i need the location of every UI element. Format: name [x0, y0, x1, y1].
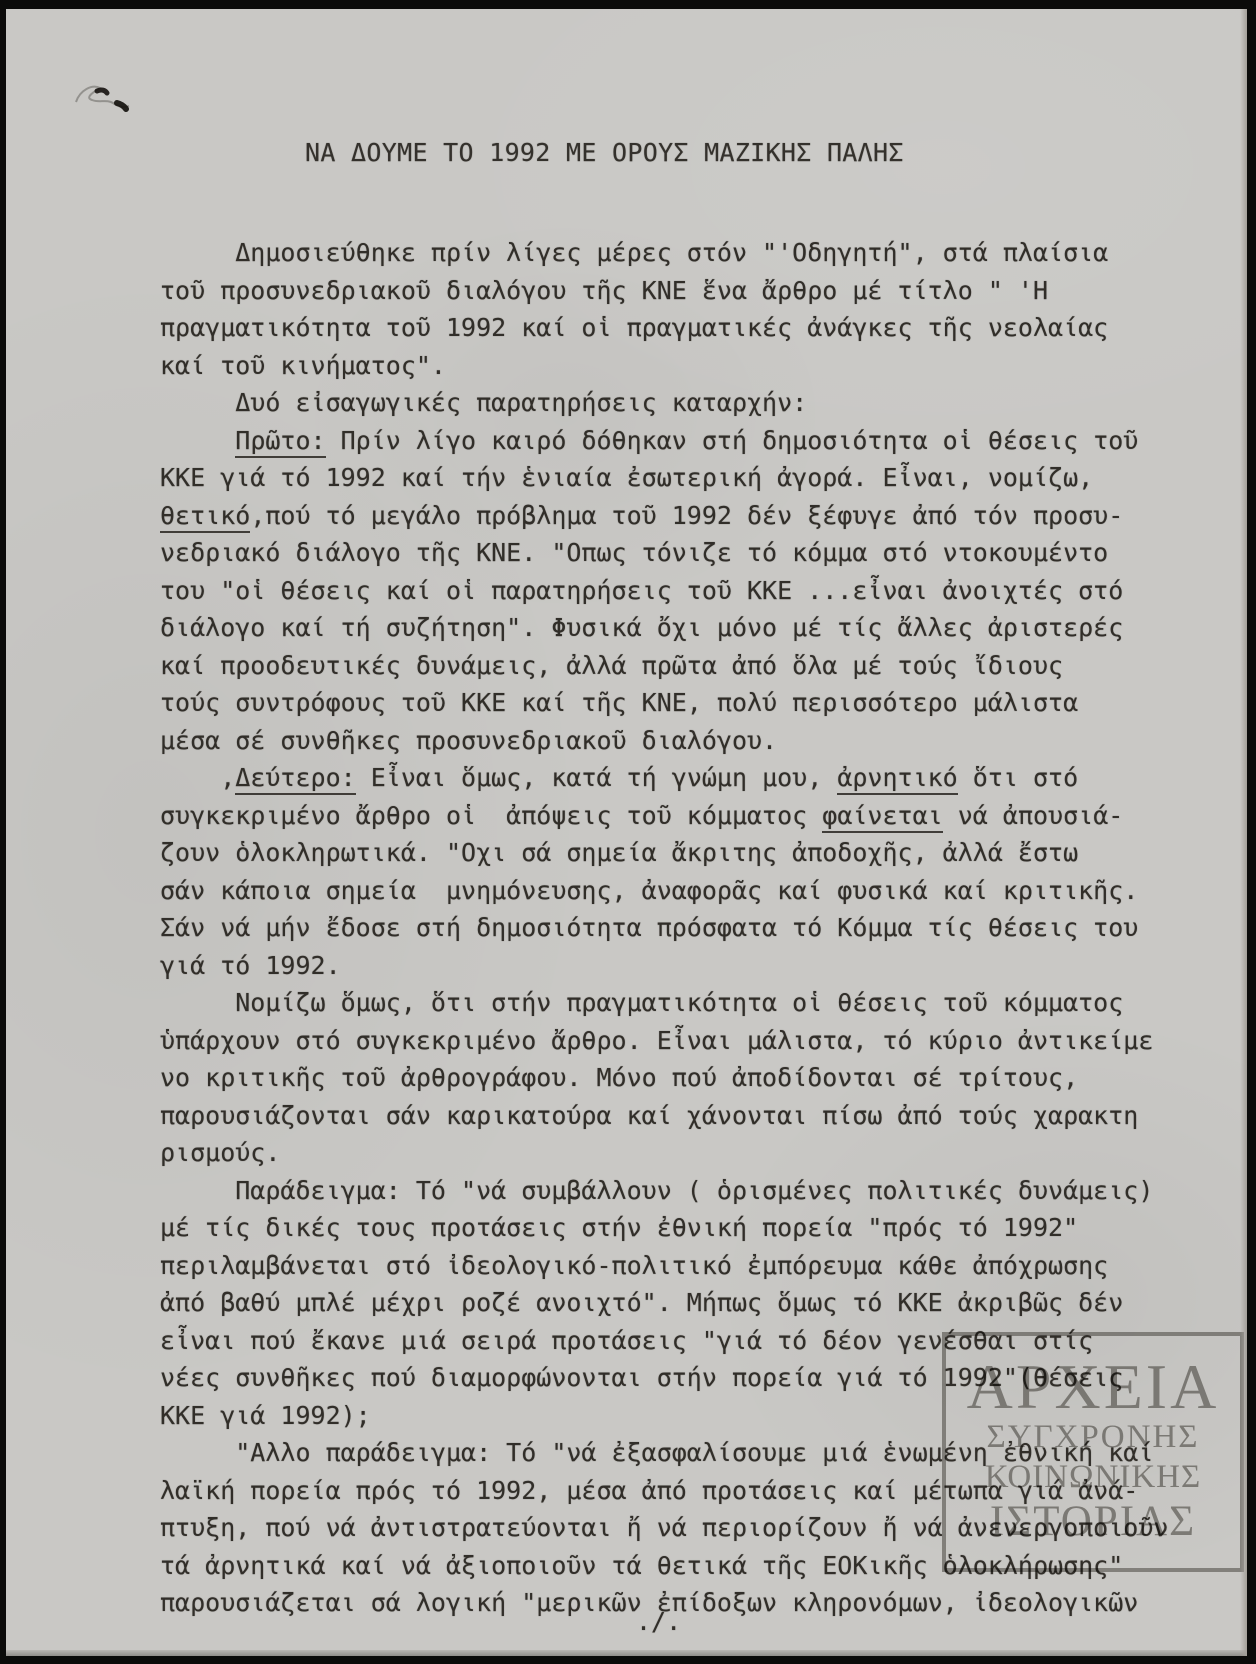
text-line: παρουσιάζονται σάν καρικατούρα καί χάνον…	[160, 1097, 1168, 1135]
text-line: νεδριακό διάλογο τῆς ΚΝΕ. "Οπως τόνιζε τ…	[160, 534, 1168, 572]
text-line: τά ἀρνητικά καί νά ἀξιοποιοῦν τά θετικά …	[160, 1547, 1168, 1585]
scan-shadow-right	[1240, 0, 1247, 1664]
text-line: Δημοσιεύθηκε πρίν λίγες μέρες στόν "'Οδη…	[160, 234, 1168, 272]
scan-edge-left	[0, 0, 6, 1664]
text-line: μέ τίς δικές τους προτάσεις στήν ἐθνική …	[160, 1209, 1168, 1247]
text-line: τούς συντρόφους τοῦ ΚΚΕ καί τῆς ΚΝΕ, πολ…	[160, 684, 1168, 722]
text-line: περιλαμβάνεται στό ἰδεολογικό-πολιτικό ἐ…	[160, 1247, 1168, 1285]
text-line: ἀπό βαθύ μπλέ μέχρι ροζέ ανοιχτό". Μήπως…	[160, 1284, 1168, 1322]
typewritten-text: Δημοσιεύθηκε πρίν λίγες μέρες στόν "'Οδη…	[160, 234, 1168, 1622]
text-line: καί τοῦ κινήματος".	[160, 347, 1168, 385]
scan-edge-right	[1247, 0, 1256, 1664]
text-line: ρισμούς.	[160, 1134, 1168, 1172]
text-line: Νομίζω ὅμως, ὅτι στήν πραγματικότητα οἱ …	[160, 984, 1168, 1022]
text-line: λαϊκή πορεία πρός τό 1992, μέσα ἀπό προτ…	[160, 1472, 1168, 1510]
text-line: σάν κάποια σημεία μνημόνευσης, ἀναφορᾶς …	[160, 872, 1168, 910]
scan-edge-bottom	[0, 1656, 1256, 1664]
text-line: νο κριτικῆς τοῦ ἀρθρογράφου. Μόνο πού ἀπ…	[160, 1059, 1168, 1097]
text-line: θετικό,πού τό μεγάλο πρόβλημα τοῦ 1992 δ…	[160, 497, 1168, 535]
text-line: Δυό εἰσαγωγικές παρατηρήσεις καταρχήν:	[160, 384, 1168, 422]
text-line: πραγματικότητα τοῦ 1992 καί οἱ πραγματικ…	[160, 309, 1168, 347]
handwritten-pen-mark	[72, 78, 138, 120]
text-line: τοῦ προσυνεδριακοῦ διαλόγου τῆς ΚΝΕ ἕνα …	[160, 272, 1168, 310]
text-line: μέσα σέ συνθῆκες προσυνεδριακοῦ διαλόγου…	[160, 722, 1168, 760]
text-line: Πρῶτο: Πρίν λίγο καιρό δόθηκαν στή δημοσ…	[160, 422, 1168, 460]
text-line: του "οἱ θέσεις καί οἱ παρατηρήσεις τοῦ Κ…	[160, 572, 1168, 610]
text-line: ΚΚΕ γιά 1992);	[160, 1397, 1168, 1435]
document-title: ΝΑ ΔΟΥΜΕ ΤΟ 1992 ΜΕ ΟΡΟΥΣ ΜΑΖΙΚΗΣ ΠΑΛΗΣ	[305, 138, 904, 168]
page-continuation-mark: ./.	[636, 1607, 681, 1636]
text-line: Σάν νά μήν ἔδοσε στή δημοσιότητα πρόσφατ…	[160, 909, 1168, 947]
scan-edge-top	[0, 0, 1256, 9]
text-line: καί προοδευτικές δυνάμεις, ἀλλά πρῶτα ἀπ…	[160, 647, 1168, 685]
text-line: ὑπάρχουν στό συγκεκριμένο ἄρθρο. Εἶναι μ…	[160, 1022, 1168, 1060]
text-line: ΚΚΕ γιά τό 1992 καί τήν ἑνιαία ἐσωτερική…	[160, 459, 1168, 497]
text-line: "Αλλο παράδειγμα: Τό "νά ἐξασφαλίσουμε μ…	[160, 1434, 1168, 1472]
text-line: εἶναι πού ἔκανε μιά σειρά προτάσεις "γιά…	[160, 1322, 1168, 1360]
text-line: νέες συνθῆκες πού διαμορφώνονται στήν πο…	[160, 1359, 1168, 1397]
text-line: συγκεκριμένο ἄρθρο οἱ ἀπόψεις τοῦ κόμματ…	[160, 797, 1168, 835]
text-line: ζουν ὁλοκληρωτικά. "Οχι σά σημεία ἄκριτη…	[160, 834, 1168, 872]
text-line: γιά τό 1992.	[160, 947, 1168, 985]
text-line: ,Δεύτερο: Εἶναι ὅμως, κατά τή γνώμη μου,…	[160, 759, 1168, 797]
text-line: διάλογο καί τή συζήτηση". Φυσικά ὄχι μόν…	[160, 609, 1168, 647]
scanned-document-page: ΝΑ ΔΟΥΜΕ ΤΟ 1992 ΜΕ ΟΡΟΥΣ ΜΑΖΙΚΗΣ ΠΑΛΗΣ …	[0, 0, 1256, 1664]
text-line: πτυξη, πού νά ἀντιστρατεύονται ἤ νά περι…	[160, 1509, 1168, 1547]
text-line: Παράδειγμα: Τό "νά συμβάλλουν ( ὁρισμένε…	[160, 1172, 1168, 1210]
